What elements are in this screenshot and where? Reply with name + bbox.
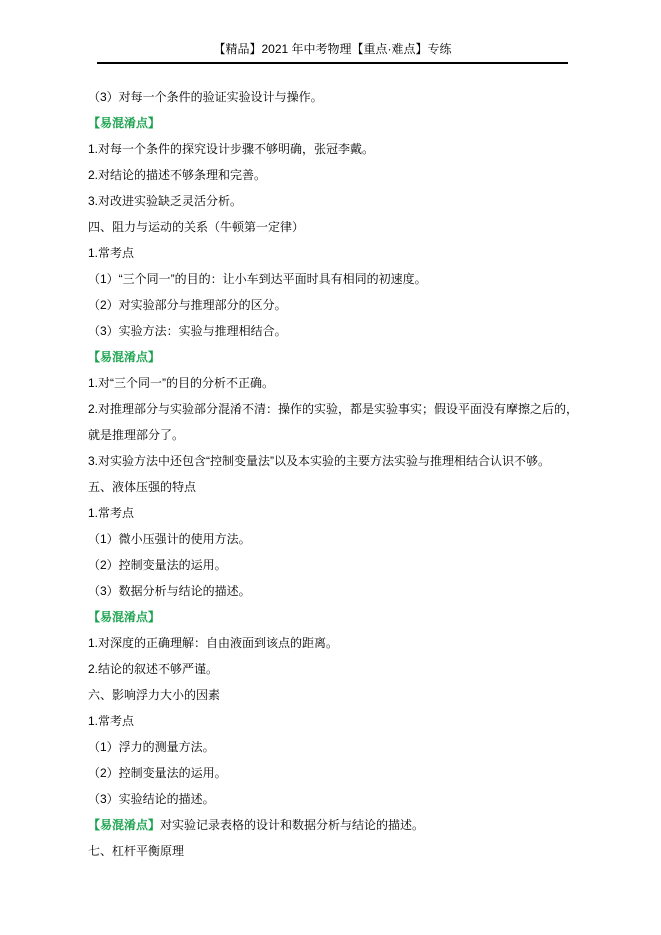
text-line: （3）对每一个条件的验证实验设计与操作。 [88,84,582,110]
text-line: 五、液体压强的特点 [88,474,582,500]
text-line: 六、影响浮力大小的因素 [88,682,582,708]
confusion-points-heading: 【易混淆点】 [88,604,582,630]
text-line: 1.对“三个同一”的目的分析不正确。 [88,370,582,396]
confusion-points-heading: 【易混淆点】 [88,110,582,136]
text-line: 1.对深度的正确理解：自由液面到该点的距离。 [88,630,582,656]
text-line: （3）实验结论的描述。 [88,786,582,812]
text-line: （3）实验方法：实验与推理相结合。 [88,318,582,344]
text-line: （1）“三个同一”的目的：让小车到达平面时具有相同的初速度。 [88,266,582,292]
text-line: 1.常考点 [88,500,582,526]
text-line: 1.对每一个条件的探究设计步骤不够明确，张冠李戴。 [88,136,582,162]
text-line: 3.对改进实验缺乏灵活分析。 [88,188,582,214]
text-line: 四、阻力与运动的关系（牛顿第一定律） [88,214,582,240]
text-line: （1）浮力的测量方法。 [88,734,582,760]
document-page: 【精品】2021 年中考物理【重点·难点】专练 （3）对每一个条件的验证实验设计… [0,0,661,935]
page-header: 【精品】2021 年中考物理【重点·难点】专练 [97,42,568,64]
text-line: 1.常考点 [88,240,582,266]
text-line: （2）控制变量法的运用。 [88,760,582,786]
text-line: （2）控制变量法的运用。 [88,552,582,578]
page-header-title: 【精品】2021 年中考物理【重点·难点】专练 [213,42,451,56]
text-line: 3.对实验方法中还包含“控制变量法”以及本实验的主要方法实验与推理相结合认识不够… [88,448,582,474]
line-text: 对实验记录表格的设计和数据分析与结论的描述。 [160,818,424,832]
confusion-points-label: 【易混淆点】 [88,818,160,832]
text-line: 2.对推理部分与实验部分混淆不清：操作的实验，都是实验事实；假设平面没有摩擦之后… [88,396,582,448]
confusion-points-heading: 【易混淆点】 [88,344,582,370]
text-line: 2.结论的叙述不够严谨。 [88,656,582,682]
document-body: （3）对每一个条件的验证实验设计与操作。【易混淆点】1.对每一个条件的探究设计步… [88,84,582,864]
text-line: （2）对实验部分与推理部分的区分。 [88,292,582,318]
confusion-points-label: 【易混淆点】 [88,610,160,624]
text-line: （1）微小压强计的使用方法。 [88,526,582,552]
confusion-points-label: 【易混淆点】 [88,116,160,130]
text-line: 七、杠杆平衡原理 [88,838,582,864]
confusion-points-label: 【易混淆点】 [88,350,160,364]
text-line: （3）数据分析与结论的描述。 [88,578,582,604]
text-line: 1.常考点 [88,708,582,734]
text-line: 2.对结论的描述不够条理和完善。 [88,162,582,188]
confusion-points-line: 【易混淆点】对实验记录表格的设计和数据分析与结论的描述。 [88,812,582,838]
